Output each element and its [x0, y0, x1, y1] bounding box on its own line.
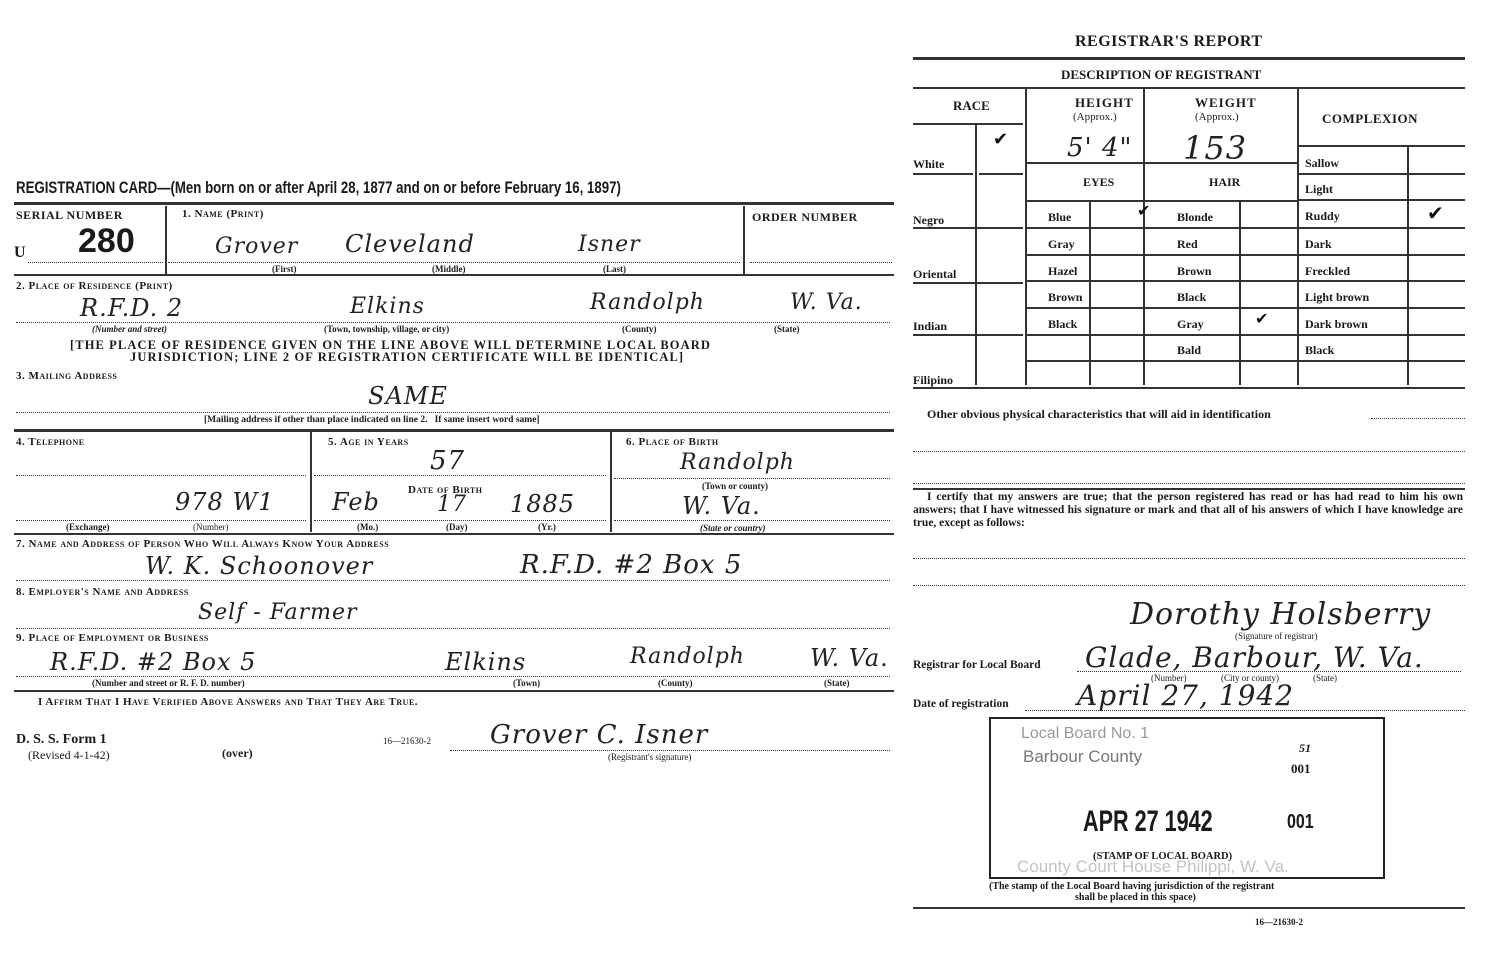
dob-year: 1885 [510, 490, 575, 518]
eyes-hazel[interactable]: Hazel [1048, 264, 1077, 279]
employment-county: Randolph [630, 644, 745, 669]
employment-town-caption: (Town) [513, 678, 540, 688]
employment-town: Elkins [445, 648, 526, 676]
form-revised: (Revised 4-1-42) [28, 748, 110, 763]
serial-prefix: U [14, 244, 26, 262]
hair-gray[interactable]: Gray [1177, 317, 1204, 332]
local-board-stamp: Local Board No. 1 51 Barbour County 001 … [989, 717, 1385, 879]
stamp-overlay: County Court House Philippi, W. Va. [1017, 857, 1289, 877]
race-oriental-label: Oriental [913, 267, 956, 281]
dob-year-caption: (Yr.) [538, 522, 556, 532]
name-first: Grover [215, 234, 298, 259]
weight-header: WEIGHT [1195, 95, 1257, 111]
birthplace-label: 6. Place of Birth [626, 436, 719, 448]
dob-month: Feb [332, 488, 380, 516]
race-oriental[interactable]: Oriental [913, 265, 956, 283]
race-white-check-icon: ✔ [993, 129, 1008, 150]
age-value: 57 [430, 446, 465, 476]
name-last-caption: (Last) [603, 264, 626, 274]
height-value: 5' 4" [1067, 133, 1132, 163]
residence-state-caption: (State) [774, 324, 800, 334]
contact-address: R.F.D. #2 Box 5 [520, 550, 742, 580]
registrant-signature-caption: (Registrant's signature) [608, 752, 691, 762]
complexion-dark[interactable]: Dark [1305, 237, 1332, 252]
dob-month-caption: (Mo.) [357, 522, 378, 532]
mailing-address-note: [Mailing address if other than place ind… [204, 415, 540, 425]
weight-sub: (Approx.) [1195, 111, 1239, 123]
residence-state: W. Va. [790, 290, 863, 315]
registrant-signature: Grover C. Isner [490, 720, 708, 750]
name-middle: Cleveland [345, 230, 475, 258]
order-number-label: ORDER NUMBER [752, 210, 858, 225]
contact-name: W. K. Schoonover [145, 552, 373, 580]
race-white[interactable]: White [913, 155, 1023, 173]
telephone-label: 4. Telephone [16, 436, 85, 448]
form-code: 16—21630-2 [383, 736, 431, 746]
race-white-label: White [913, 157, 944, 171]
telephone-number: 978 W1 [175, 488, 274, 516]
name-first-caption: (First) [272, 264, 297, 274]
eyes-blue-check-icon: ✔ [1137, 201, 1150, 220]
eyes-header: EYES [1083, 175, 1114, 190]
affirmation-text: I Affirm That I Have Verified Above Answ… [38, 696, 418, 708]
hair-red[interactable]: Red [1177, 237, 1198, 252]
name-label: 1. Name (Print) [182, 208, 264, 220]
registration-date-label: Date of registration [913, 698, 1009, 710]
eyes-blue[interactable]: Blue [1048, 210, 1071, 225]
employment-state: W. Va. [810, 644, 889, 672]
dob-day-caption: (Day) [446, 522, 468, 532]
complexion-dark-brown[interactable]: Dark brown [1305, 317, 1368, 332]
eyes-black[interactable]: Black [1048, 317, 1077, 332]
residence-town-caption: (Town, township, village, or city) [324, 324, 449, 334]
report-title: REGISTRAR'S REPORT [1075, 33, 1263, 51]
report-form-code: 16—21630-2 [1255, 917, 1303, 927]
stamp-line2: Barbour County [1023, 747, 1142, 767]
hair-brown[interactable]: Brown [1177, 264, 1211, 279]
name-middle-caption: (Middle) [432, 264, 466, 274]
local-board-label: Registrar for Local Board [913, 659, 1041, 671]
hair-black[interactable]: Black [1177, 290, 1206, 305]
registration-date-value: April 27, 1942 [1077, 679, 1294, 712]
race-indian[interactable]: Indian [913, 317, 947, 335]
birthplace-town-caption: (Town or county) [702, 481, 768, 491]
race-indian-label: Indian [913, 319, 947, 333]
registrar-signature-caption: (Signature of registrar) [1235, 631, 1317, 641]
registrars-report: REGISTRAR'S REPORT DESCRIPTION OF REGIST… [905, 25, 1485, 935]
registrar-signature: Dorothy Holsberry [1130, 597, 1431, 632]
stamp-line1-code: 51 [1299, 741, 1311, 756]
name-last: Isner [578, 232, 641, 257]
employment-street-caption: (Number and street or R. F. D. number) [92, 678, 245, 688]
race-header: RACE [953, 98, 990, 114]
hair-gray-check-icon: ✔ [1255, 309, 1268, 328]
employment-label: 9. Place of Employment or Business [16, 632, 209, 644]
complexion-ruddy[interactable]: Ruddy [1305, 209, 1340, 224]
hair-bald[interactable]: Bald [1177, 343, 1201, 358]
telephone-number-caption: (Number) [193, 522, 229, 532]
employment-county-caption: (County) [658, 678, 693, 688]
race-negro-label: Negro [913, 213, 944, 227]
complexion-light[interactable]: Light [1305, 182, 1333, 197]
residence-county-caption: (County) [622, 324, 657, 334]
telephone-exchange-caption: (Exchange) [66, 522, 110, 532]
complexion-header: COMPLEXION [1322, 111, 1418, 127]
hair-header: HAIR [1209, 175, 1240, 190]
other-characteristics-label: Other obvious physical characteristics t… [927, 407, 1271, 422]
height-header: HEIGHT [1075, 95, 1134, 111]
complexion-black[interactable]: Black [1305, 343, 1334, 358]
hair-blonde[interactable]: Blonde [1177, 210, 1213, 225]
certify-text: I certify that my answers are true; that… [913, 491, 1463, 530]
contact-label: 7. Name and Address of Person Who Will A… [16, 538, 389, 550]
mailing-address-value: Same [368, 382, 448, 410]
stamp-note-line1: (The stamp of the Local Board having jur… [989, 881, 1274, 892]
employment-state-caption: (State) [824, 678, 850, 688]
height-sub: (Approx.) [1073, 111, 1117, 123]
residence-town: Elkins [350, 294, 425, 319]
birthplace-town: Randolph [680, 450, 795, 475]
dob-day: 17 [437, 492, 467, 517]
card-title: REGISTRATION CARD—(Men born on or after … [16, 178, 621, 198]
age-label: 5. Age in Years [328, 436, 409, 448]
complexion-freckled[interactable]: Freckled [1305, 264, 1350, 279]
residence-label: 2. Place of Residence (Print) [16, 280, 173, 292]
stamp-date: APR 27 1942 [1083, 805, 1213, 839]
serial-number-label: SERIAL NUMBER [16, 208, 123, 223]
registration-card: REGISTRATION CARD—(Men born on or after … [0, 170, 900, 770]
residence-note-line2: JURISDICTION; LINE 2 OF REGISTRATION CER… [130, 350, 684, 365]
birthplace-state-caption: (State or country) [700, 523, 766, 533]
residence-street: R.F.D. 2 [80, 294, 183, 322]
complexion-sallow[interactable]: Sallow [1305, 156, 1339, 171]
form-name: D. S. S. Form 1 [16, 732, 107, 748]
employer-value: Self - Farmer [198, 600, 358, 625]
eyes-gray[interactable]: Gray [1048, 237, 1075, 252]
title-rule [14, 202, 894, 205]
mailing-address-label: 3. Mailing Address [16, 370, 117, 382]
stamp-note-line2: shall be placed in this space) [1075, 892, 1196, 903]
stamp-line1: Local Board No. 1 [1021, 725, 1149, 743]
complexion-light-brown[interactable]: Light brown [1305, 290, 1369, 305]
residence-street-caption: (Number and street) [92, 324, 167, 334]
employment-street: R.F.D. #2 Box 5 [50, 648, 256, 676]
stamp-date-code: 001 [1287, 811, 1314, 834]
local-board-state-caption: (State) [1313, 673, 1337, 683]
residence-county: Randolph [590, 290, 705, 315]
report-subtitle: DESCRIPTION OF REGISTRANT [1061, 67, 1261, 83]
employer-label: 8. Employer's Name and Address [16, 586, 189, 598]
eyes-brown[interactable]: Brown [1048, 290, 1082, 305]
race-filipino-label: Filipino [913, 373, 953, 387]
over-note: (over) [222, 746, 253, 761]
local-board-value: Glade, Barbour, W. Va. [1085, 641, 1424, 674]
complexion-ruddy-check-icon: ✔ [1427, 201, 1444, 225]
serial-number-value: 280 [78, 222, 135, 261]
stamp-line2-code: 001 [1291, 761, 1311, 777]
birthplace-state: W. Va. [682, 492, 761, 520]
